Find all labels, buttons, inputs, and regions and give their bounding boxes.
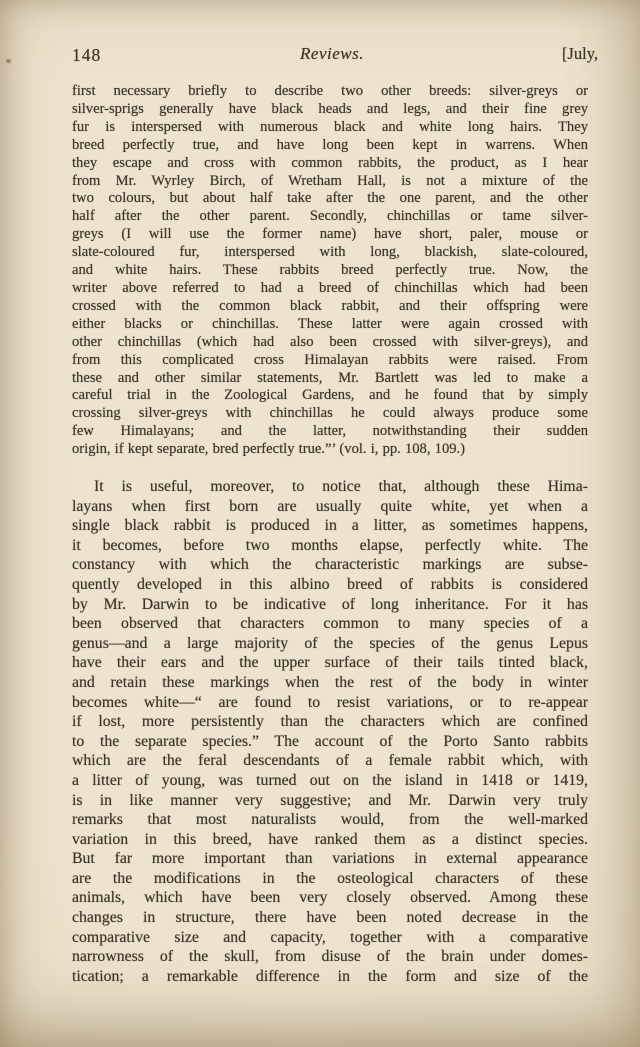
text-line: to the separate species.” The account of… xyxy=(72,732,588,752)
text-line: and retain these markings when the rest … xyxy=(72,673,588,693)
text-line: from this complicated cross Himalayan ra… xyxy=(72,352,588,370)
text-line: single black rabbit is produced in a lit… xyxy=(72,516,588,536)
main-paragraph: It is useful, moreover, to notice that, … xyxy=(72,477,588,986)
text-line: crossing silver-greys with chinchillas h… xyxy=(72,405,588,423)
text-line: breed perfectly true, and have long been… xyxy=(72,137,588,155)
text-line: from Mr. Wyrley Birch, of Wretham Hall, … xyxy=(72,173,588,191)
text-line: are the modifications in the osteologica… xyxy=(72,869,588,889)
running-head: 148 Reviews. [July, xyxy=(72,44,592,68)
text-line: crossed with the common black rabbit, an… xyxy=(72,298,588,316)
text-line: layans when first born are usually quite… xyxy=(72,497,588,517)
text-line: been observed that characters common to … xyxy=(72,614,588,634)
text-line: which are the feral descendants of a fem… xyxy=(72,751,588,771)
book-page: 148 Reviews. [July, first necessary brie… xyxy=(0,0,640,1047)
text-line: a litter of young, was turned out on the… xyxy=(72,771,588,791)
paper-speck xyxy=(6,59,11,63)
text-line: silver-sprigs generally have black heads… xyxy=(72,101,588,119)
text-line: careful trial in the Zoological Gardens,… xyxy=(72,387,588,405)
issue-date: [July, xyxy=(562,44,598,64)
text-line: writer above referred to had a breed of … xyxy=(72,280,588,298)
text-line: remarks that most naturalists would, fro… xyxy=(72,810,588,830)
text-line: other chinchillas (which had also been c… xyxy=(72,334,588,352)
text-line: they escape and cross with common rabbit… xyxy=(72,155,588,173)
running-title: Reviews. xyxy=(72,44,592,64)
text-line: first necessary briefly to describe two … xyxy=(72,83,588,101)
text-line: by Mr. Darwin to be indicative of long i… xyxy=(72,595,588,615)
text-line: constancy with which the characteristic … xyxy=(72,555,588,575)
text-line: these and other similar statements, Mr. … xyxy=(72,370,588,388)
text-line: two colours, but about half take after t… xyxy=(72,190,588,208)
text-line: narrowness of the skull, from disuse of … xyxy=(72,947,588,967)
text-line: half after the other parent. Secondly, c… xyxy=(72,208,588,226)
text-line: It is useful, moreover, to notice that, … xyxy=(72,477,588,497)
text-line: animals, which have been very closely ob… xyxy=(72,888,588,908)
text-line: have their ears and the upper surface of… xyxy=(72,653,588,673)
text-line: slate-coloured fur, interspersed with lo… xyxy=(72,244,588,262)
text-line: is in like manner very suggestive; and M… xyxy=(72,791,588,811)
text-line: either blacks or chinchillas. These latt… xyxy=(72,316,588,334)
text-line: tication; a remarkable difference in the… xyxy=(72,967,588,987)
text-line: changes in structure, there have been no… xyxy=(72,908,588,928)
text-line: fur is interspersed with numerous black … xyxy=(72,119,588,137)
text-line: few Himalayans; and the latter, notwiths… xyxy=(72,423,588,441)
text-line: it becomes, before two months elapse, pe… xyxy=(72,536,588,556)
text-line: origin, if kept separate, bred perfectly… xyxy=(72,441,588,459)
text-line: and white hairs. These rabbits breed per… xyxy=(72,262,588,280)
text-line: genus—and a large majority of the specie… xyxy=(72,634,588,654)
text-line: greys (I will use the former name) have … xyxy=(72,226,588,244)
text-line: variation in this breed, have ranked the… xyxy=(72,830,588,850)
text-line: if lost, more persistently than the char… xyxy=(72,712,588,732)
text-line: becomes white—“ are found to resist vari… xyxy=(72,693,588,713)
text-line: comparative size and capacity, together … xyxy=(72,928,588,948)
text-line: But far more important than variations i… xyxy=(72,849,588,869)
quote-paragraph: first necessary briefly to describe two … xyxy=(72,83,588,459)
text-line: quently developed in this albino breed o… xyxy=(72,575,588,595)
